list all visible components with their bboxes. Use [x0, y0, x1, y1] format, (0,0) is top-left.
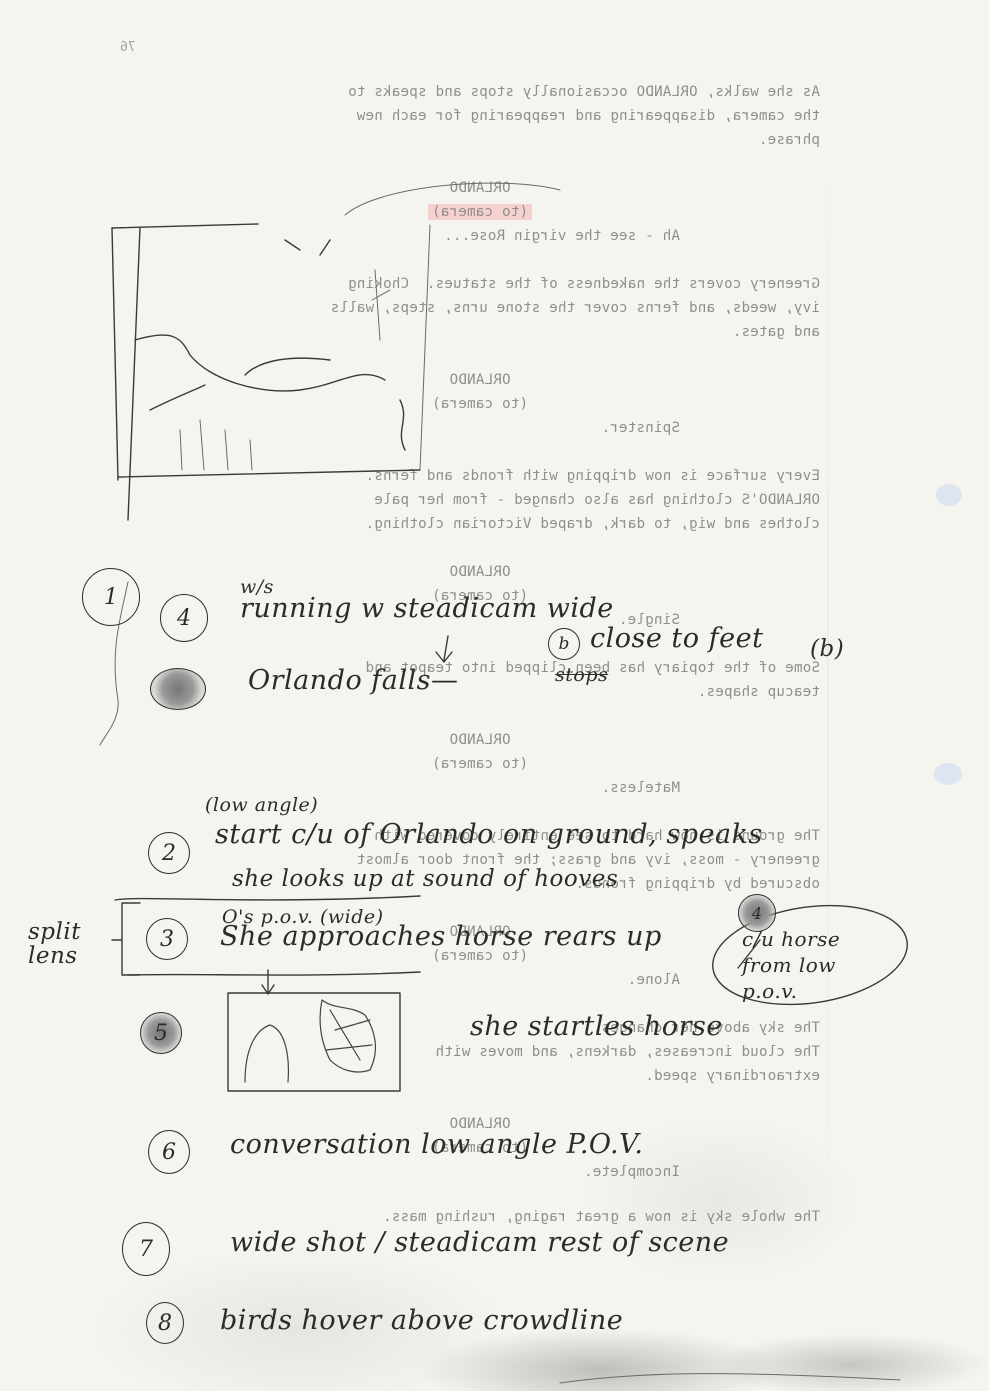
pencil-sketches	[0, 0, 989, 1391]
shot-number-circle: 6	[148, 1130, 190, 1174]
shot-description: close to feet	[590, 624, 763, 654]
shot-description: she looks up at sound of hooves	[232, 864, 618, 894]
shot-description: conversation low angle P.O.V.	[230, 1130, 643, 1160]
struck-word: stops	[555, 660, 608, 690]
shot-description: wide shot / steadicam rest of scene	[230, 1228, 729, 1258]
shot-number-circle: 4	[160, 594, 208, 642]
shot-suffix: (b)	[810, 634, 844, 664]
shot-number-circle: 7	[122, 1222, 170, 1276]
side-label: split lens	[28, 920, 108, 968]
scene-number-circle: 1	[82, 568, 140, 626]
shot-description: birds hover above crowdline	[220, 1306, 623, 1336]
shot-number-circle-scribbled	[150, 668, 206, 710]
shot-description: c/u horse from low p.o.v.	[742, 926, 892, 1004]
shot-note: (low angle)	[205, 790, 318, 820]
shot-number-circle: 3	[146, 918, 188, 960]
shot-description: She approaches horse rears up	[220, 922, 662, 952]
script-page: 76 As she walks, ORLANDO occasionally st…	[0, 0, 989, 1391]
shot-description: she startles horse	[470, 1012, 723, 1042]
shot-number-circle: 5	[140, 1012, 182, 1054]
shot-description: running w steadicam wide	[240, 594, 614, 624]
shot-number-circle: b	[548, 628, 580, 660]
shot-number-circle: 2	[148, 832, 190, 874]
storyboard-frame-top	[112, 183, 560, 520]
shot-description: start c/u of Orlando on ground, speaks	[215, 820, 763, 850]
shot-number-circle: 8	[146, 1302, 184, 1344]
shot-description: Orlando falls—	[248, 666, 459, 696]
